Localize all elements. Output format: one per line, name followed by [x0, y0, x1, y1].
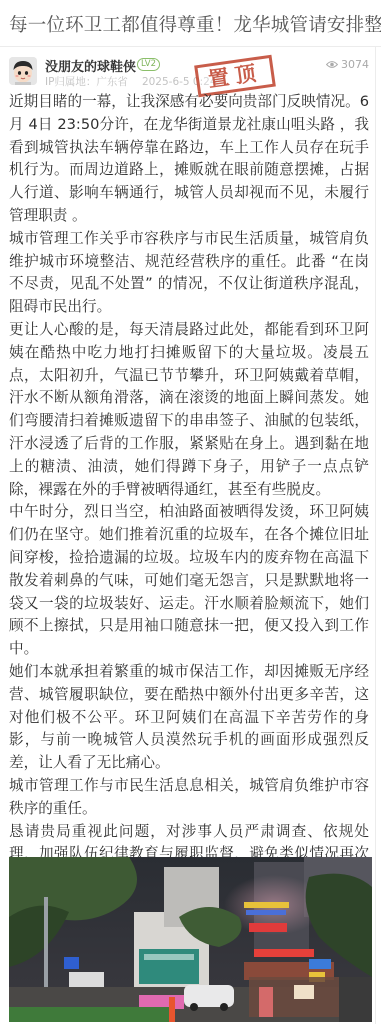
view-count-number: 3074	[341, 58, 369, 71]
post-meta: IP归属地：广东省2025-6-5 0:24	[45, 74, 217, 89]
view-count: 3074	[326, 58, 369, 71]
paragraph: 中午时分，烈日当空，柏油路面被晒得发烫，环卫阿姨们仍在坚守。她们推着沉重的垃圾车…	[9, 501, 369, 661]
paragraph: 她们本就承担着繁重的城市保洁工作，却因摊贩无序经营、城管履职缺位，要在酷热中额外…	[9, 661, 369, 775]
author-name[interactable]: 没朋友的球鞋侠	[45, 56, 136, 75]
post-body: 近期目睹的一幕，让我深感有必要向贵部门反映情况。6 月 4日 23:50分许，在…	[9, 91, 369, 912]
paragraph: 近期目睹的一幕，让我深感有必要向贵部门反映情况。6 月 4日 23:50分许，在…	[9, 91, 369, 228]
avatar[interactable]	[9, 57, 37, 85]
post-card: 没朋友的球鞋侠 LV2 IP归属地：广东省2025-6-5 0:24 3074 …	[0, 47, 376, 1024]
paragraph: 城市管理工作与市民生活息息相关，城管肩负维护市容秩序的重任。	[9, 775, 369, 821]
eye-icon	[326, 60, 338, 69]
paragraph: 城市管理工作关乎市容秩序与市民生活质量，城管肩负维护城市环境整洁、规范经营秩序的…	[9, 228, 369, 319]
night-street-photo-icon	[9, 857, 372, 1022]
post-header: 没朋友的球鞋侠 LV2 IP归属地：广东省2025-6-5 0:24 3074 …	[0, 47, 375, 91]
paragraph: 更让人心酸的是，每天清晨路过此处，都能看到环卫阿姨在酷热中吃力地打扫摊贩留下的大…	[9, 319, 369, 501]
page-title: 每一位环卫工都值得尊重！龙华城管请安排整改	[0, 0, 381, 47]
level-badge: LV2	[137, 58, 160, 71]
post-photo[interactable]	[9, 857, 372, 1022]
ip-location: IP归属地：广东省	[45, 76, 128, 88]
cartoon-boy-avatar-icon	[9, 57, 37, 85]
